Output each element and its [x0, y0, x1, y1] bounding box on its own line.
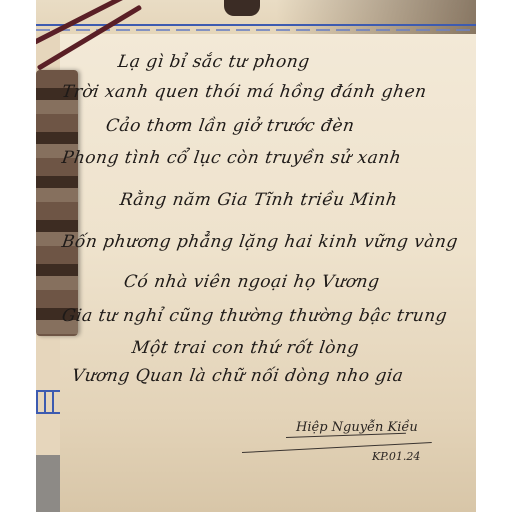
- poem-line: Có nhà viên ngoại họ Vương: [123, 272, 381, 292]
- poem-line: Bốn phương phẳng lặng hai kinh vững vàng: [61, 232, 460, 252]
- poem-line: Gia tư nghỉ cũng thường thường bậc trung: [61, 306, 449, 326]
- gray-surface: [36, 455, 60, 512]
- poem-line: Phong tình cổ lục còn truyền sử xanh: [61, 148, 403, 168]
- poem-line: Vương Quan là chữ nối dòng nho gia: [71, 366, 405, 386]
- poem-line: Lạ gì bỉ sắc tư phong: [117, 52, 311, 72]
- poem-line: Cảo thơm lần giở trước đèn: [105, 116, 356, 136]
- signature-name: Hiệp Nguyễn Kiều: [296, 420, 418, 435]
- carved-wood-piece: [36, 70, 78, 336]
- poem-line: Một trai con thứ rốt lòng: [131, 338, 361, 358]
- photograph: [36, 0, 476, 512]
- greek-key-pattern: [36, 390, 60, 414]
- signature-date: KP.01.24: [372, 450, 420, 463]
- dark-object: [224, 0, 260, 16]
- poem-line: Trời xanh quen thói má hồng đánh ghen: [61, 82, 428, 102]
- poem-line: Rằng năm Gia Tĩnh triều Minh: [119, 190, 399, 210]
